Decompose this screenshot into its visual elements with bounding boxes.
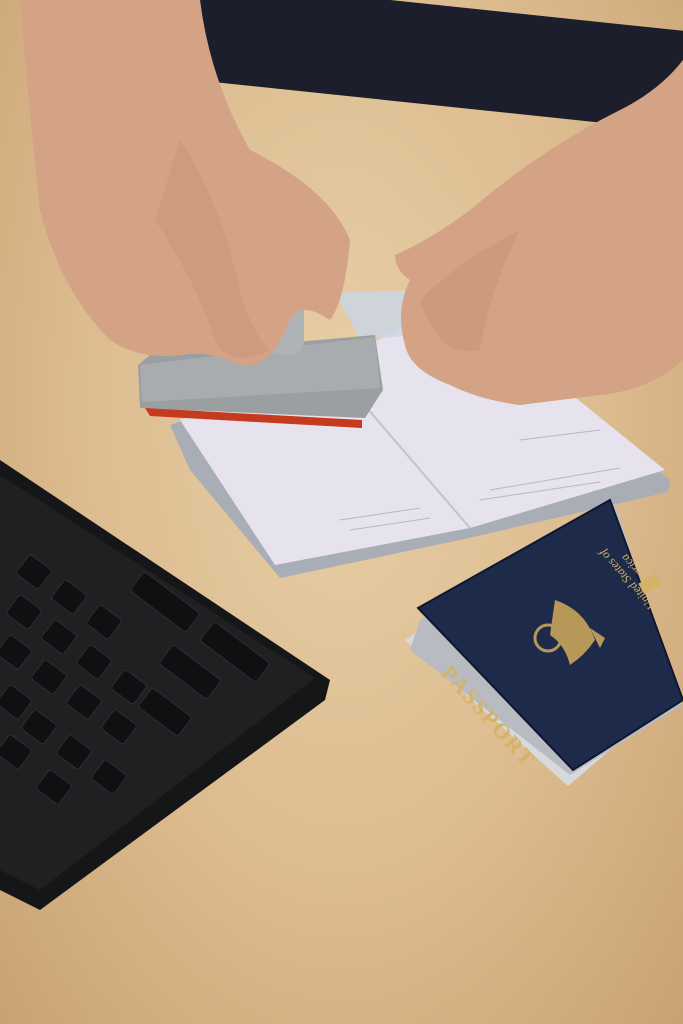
scene-illustration — [0, 0, 683, 1024]
photo-scene: PASSPORT United States of America — [0, 0, 683, 1024]
right-hand — [395, 60, 683, 405]
closed-passport — [405, 500, 683, 786]
